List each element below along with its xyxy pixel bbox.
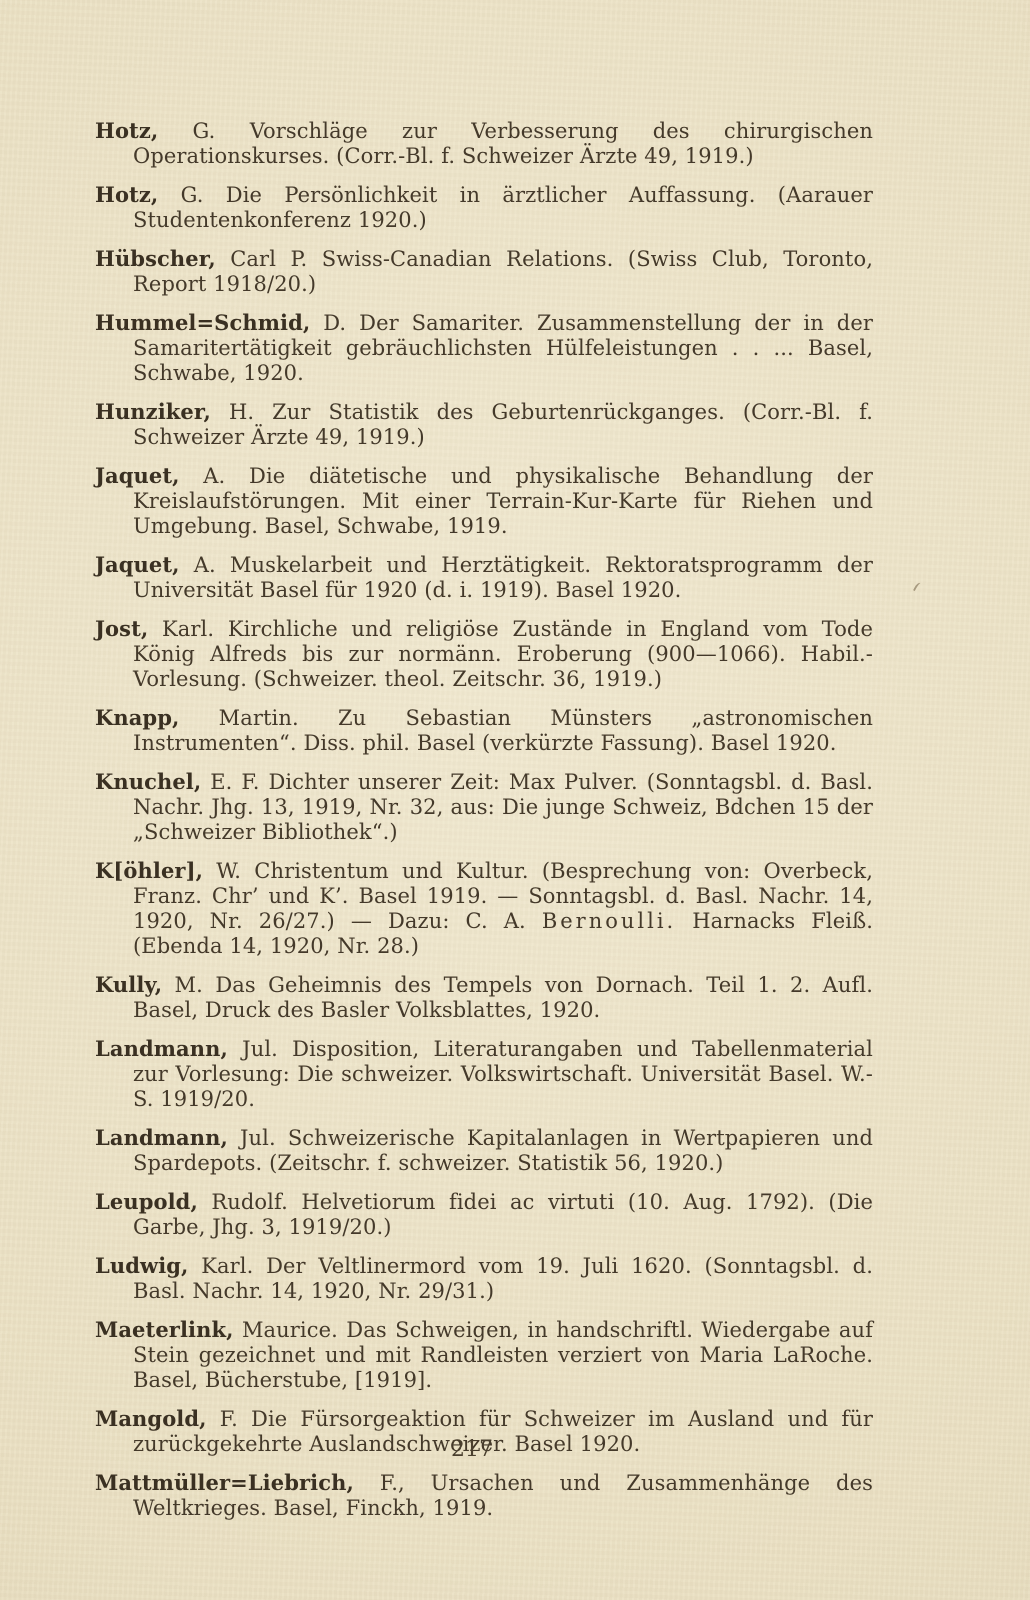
entry-text: M. Das Geheimnis des Tempels von Dornach… <box>133 973 873 1022</box>
bibliography-entry: Hunziker, H. Zur Statistik des Geburtenr… <box>95 399 873 450</box>
entry-text: E. F. Dichter unserer Zeit: Max Pulver. … <box>133 770 873 844</box>
entry-author: Knapp, <box>95 705 179 730</box>
entry-text: Rudolf. Helvetiorum fidei ac virtuti (10… <box>133 1190 873 1239</box>
entry-author: Ludwig, <box>95 1253 188 1278</box>
bibliography-entry: Jaquet, A. Muskelarbeit und Herztätigkei… <box>95 552 873 603</box>
entry-author: Landmann, <box>95 1036 228 1061</box>
bibliography-entry: Landmann, Jul. Schweizerische Kapitalanl… <box>95 1125 873 1176</box>
bibliography-entry: Mattmüller=Liebrich, F., Ursachen und Zu… <box>95 1470 873 1521</box>
bibliography-entry: Hummel=Schmid, D. Der Samariter. Zusamme… <box>95 310 873 386</box>
entry-author: Hotz, <box>95 182 158 207</box>
entry-text: A. Muskelarbeit und Herztätigkeit. Rekto… <box>133 553 873 602</box>
entry-text: Maurice. Das Schweigen, in handschriftl.… <box>133 1318 873 1392</box>
entry-author: Knuchel, <box>95 769 201 794</box>
bibliography-entry: Hübscher, Carl P. Swiss-Canadian Relatio… <box>95 246 873 297</box>
bibliography-entry: Hotz, G. Die Persönlichkeit in ärztliche… <box>95 182 873 233</box>
entry-author: Landmann, <box>95 1125 228 1150</box>
entry-text: H. Zur Statistik des Geburtenrückganges.… <box>133 400 873 449</box>
entry-text: A. Die diätetische und physikalische Beh… <box>133 464 873 538</box>
entry-author: Hotz, <box>95 118 158 143</box>
bibliography-entry: Landmann, Jul. Disposition, Literaturang… <box>95 1036 873 1112</box>
entry-text: Martin. Zu Sebastian Münsters „astronomi… <box>133 706 873 755</box>
entry-text: G. Die Persönlichkeit in ärztlicher Auff… <box>133 183 873 232</box>
bibliography-entry: Hotz, G. Vorschläge zur Verbesserung des… <box>95 118 873 169</box>
entry-author: Jaquet, <box>95 552 180 577</box>
entry-author: Jaquet, <box>95 463 180 488</box>
entry-text: G. Vorschläge zur Verbesserung des chiru… <box>133 119 873 168</box>
entry-author: Leupold, <box>95 1189 198 1214</box>
entry-text: Carl P. Swiss-Canadian Relations. (Swiss… <box>133 247 873 296</box>
bibliography-entry: Kully, M. Das Geheimnis des Tempels von … <box>95 972 873 1023</box>
bibliography-entry: Maeterlink, Maurice. Das Schweigen, in h… <box>95 1317 873 1393</box>
entry-text: Jul. Schweizerische Kapitalanlagen in We… <box>133 1126 873 1175</box>
bibliography-entry: Knuchel, E. F. Dichter unserer Zeit: Max… <box>95 769 873 845</box>
bibliography-entry: Leupold, Rudolf. Helvetiorum fidei ac vi… <box>95 1189 873 1240</box>
bibliography-text-block: Hotz, G. Vorschläge zur Verbesserung des… <box>95 118 873 1534</box>
bibliography-entry: K[öhler], W. Christentum und Kultur. (Be… <box>95 858 873 959</box>
entry-author: Mattmüller=Liebrich, <box>95 1470 354 1495</box>
bibliography-entry: Jost, Karl. Kirchliche und religiöse Zus… <box>95 616 873 692</box>
bibliography-entry: Jaquet, A. Die diätetische und physikali… <box>95 463 873 539</box>
entry-author: Kully, <box>95 972 162 997</box>
entry-text-letterspaced: Bernoulli. <box>542 909 676 933</box>
entry-author: Mangold, <box>95 1406 207 1431</box>
entry-text: Karl. Der Veltlinermord vom 19. Juli 162… <box>133 1254 873 1303</box>
bibliography-entry: Ludwig, Karl. Der Veltlinermord vom 19. … <box>95 1253 873 1304</box>
entry-author: Hübscher, <box>95 246 216 271</box>
entry-text: Karl. Kirchliche und religiöse Zustände … <box>133 617 873 691</box>
entry-author: Hunziker, <box>95 399 211 424</box>
entry-author: Hummel=Schmid, <box>95 310 310 335</box>
entry-author: Maeterlink, <box>95 1317 234 1342</box>
entry-text: Jul. Disposition, Literaturangaben und T… <box>133 1037 873 1111</box>
scanned-page: Hotz, G. Vorschläge zur Verbesserung des… <box>0 0 1030 1600</box>
entry-author: K[öhler], <box>95 858 203 883</box>
page-number: 217 <box>83 1437 861 1462</box>
entry-author: Jost, <box>95 616 148 641</box>
paper-blemish-mark <box>913 581 922 592</box>
bibliography-entry: Knapp, Martin. Zu Sebastian Münsters „as… <box>95 705 873 756</box>
